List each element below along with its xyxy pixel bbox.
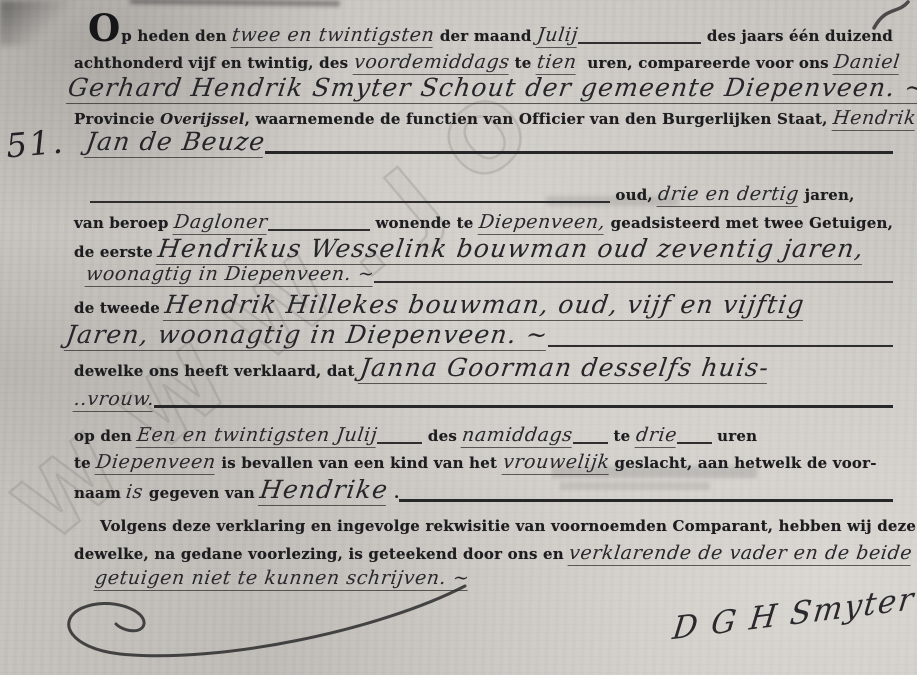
printed-text: de eerste: [74, 243, 158, 261]
certificate-scan: WWW.JO 51. Op heden den twee en twintigs…: [0, 0, 917, 675]
printed-text: Provincie: [74, 110, 160, 128]
printed-text: achthonderd vijf en twintig, des: [74, 54, 354, 72]
baseline-rule: [548, 343, 893, 347]
handwritten-text: Gerhard Hendrik Smyter Schout der gemeen…: [66, 73, 917, 104]
baseline-rule: [90, 199, 610, 203]
printed-text: te: [608, 427, 636, 445]
handwritten-text: drie en dertig: [657, 183, 801, 207]
printed-text: des jaars één duizend: [701, 27, 893, 45]
handwritten-text: Diepenveen,: [477, 211, 606, 235]
printed-text: te: [509, 54, 537, 72]
printed-text: .: [389, 484, 400, 502]
printed-text: Volgens deze verklaring en ingevolge rek…: [100, 517, 917, 535]
form-line: woonagtig in Diepenveen. ~: [86, 263, 893, 287]
form-line: dewelke, na gedane voorlezing, is geteek…: [74, 542, 893, 566]
printed-text: de tweede: [74, 299, 165, 317]
baseline-rule: [265, 149, 893, 154]
scan-edge-artifact: [0, 0, 80, 46]
printed-text: op den: [74, 427, 137, 445]
baseline-rule: [154, 403, 893, 408]
printed-text: dewelke, na gedane voorlezing, is geteek…: [74, 545, 569, 563]
baseline-rule: [578, 40, 702, 44]
printed-text: geslacht, aan hetwelk de voor-: [609, 454, 877, 472]
handwritten-text: Jan de Beuze: [84, 127, 268, 158]
form-line: te Diepenveen is bevallen van een kind v…: [74, 451, 893, 475]
form-line: Gerhard Hendrik Smyter Schout der gemeen…: [68, 73, 893, 104]
handwritten-text: voordemiddags: [352, 51, 511, 75]
corner-pen-mark: [868, 0, 917, 30]
form-line: Jan de Beuze: [86, 127, 893, 158]
handwritten-text: Hendrikus Wesselink bouwman oud zeventig…: [156, 234, 866, 265]
printed-text: , waarnemende de functien van Officier v…: [245, 110, 833, 128]
form-line: achthonderd vijf en twintig, des voordem…: [74, 51, 893, 75]
printed-text: jaren,: [799, 186, 854, 204]
handwritten-text: woonagtig in Diepenveen. ~: [85, 263, 376, 287]
printed-text: der maand: [434, 27, 537, 45]
handwritten-text: Diepenveen: [95, 451, 218, 475]
form-line: de eerste Hendrikus Wesselink bouwman ou…: [74, 234, 893, 265]
form-line: dewelke ons heeft verklaard, dat Janna G…: [74, 353, 893, 384]
form-line: Volgens deze verklaring en ingevolge rek…: [100, 517, 893, 535]
handwritten-text: is: [125, 481, 145, 503]
form-line: op den Een en twintigsten Julij des nami…: [74, 424, 893, 448]
printed-text: des: [422, 427, 462, 445]
printed-text: gegeven van: [143, 484, 260, 502]
handwritten-text: Dagloner: [172, 211, 269, 235]
baseline-rule: [399, 497, 893, 502]
handwritten-text: verklarende de vader en de beide: [568, 542, 914, 566]
handwritten-text: Hendrik Hillekes bouwman, oud, vijf en v…: [163, 290, 807, 321]
printed-text: oud,: [610, 186, 658, 204]
handwritten-text: twee en twintigsten: [231, 24, 436, 48]
baseline-rule: [374, 279, 893, 283]
handwritten-text: Jaren, woonagtig in Diepenveen. ~: [64, 320, 551, 351]
handwritten-text: Julij: [535, 24, 579, 48]
handwritten-text: Janna Goorman desselfs huis-: [358, 353, 771, 384]
printed-text: Overijssel: [160, 110, 245, 128]
printed-text: wonende te: [370, 214, 479, 232]
signature: D G H Smyter: [671, 581, 917, 648]
act-number: 51.: [4, 122, 66, 166]
printed-text: naam: [74, 484, 126, 502]
handwritten-text: Daniel: [833, 51, 902, 75]
handwritten-text: drie: [634, 424, 678, 448]
baseline-rule: [268, 227, 370, 231]
form-line: naam is gegeven van Hendrike .: [74, 475, 893, 506]
pen-flourish: [50, 572, 480, 672]
form-line: Op heden den twee en twintigsten der maa…: [88, 16, 893, 48]
baseline-rule: [377, 440, 422, 444]
printed-text: geadsisteerd met twee Getuigen,: [605, 214, 893, 232]
baseline-rule: [573, 440, 608, 444]
scan-edge-artifact: [130, 0, 340, 6]
form-line: van beroep Dagloner wonende te Diepenvee…: [74, 211, 893, 235]
form-line: Jaren, woonagtig in Diepenveen. ~: [66, 320, 893, 351]
printed-text: uren, compareerde voor ons: [577, 54, 835, 72]
baseline-rule: [677, 440, 712, 444]
form-line: oud, drie en dertig jaren,: [90, 183, 893, 207]
form-line: ..vrouw.: [74, 388, 893, 412]
printed-text: O: [88, 16, 121, 42]
handwritten-text: namiddags: [461, 424, 575, 448]
handwritten-text: tien: [535, 51, 578, 75]
form-line: de tweede Hendrik Hillekes bouwman, oud,…: [74, 290, 893, 321]
handwritten-text: Een en twintigsten Julij: [136, 424, 379, 448]
printed-text: uren: [712, 427, 757, 445]
printed-text: van beroep: [74, 214, 174, 232]
handwritten-text: Hendrike: [258, 475, 391, 506]
printed-text: dewelke ons heeft verklaard, dat: [74, 362, 360, 380]
printed-text: p heden den: [121, 27, 232, 45]
handwritten-text: vrouwelijk: [501, 451, 611, 475]
handwritten-text: ..vrouw.: [73, 388, 156, 412]
printed-text: is bevallen van een kind van het: [216, 454, 503, 472]
printed-text: te: [74, 454, 96, 472]
